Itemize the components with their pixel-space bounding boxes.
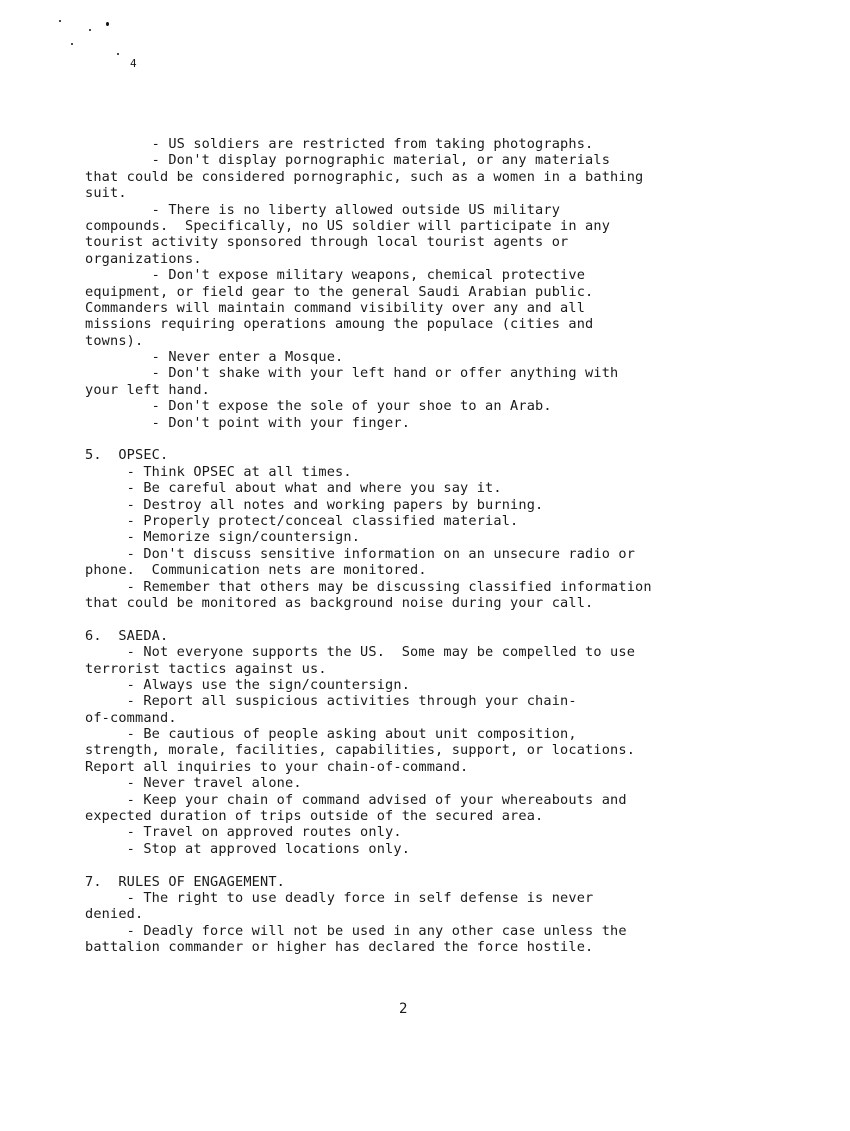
section-heading: 7. RULES OF ENGAGEMENT. <box>85 874 785 890</box>
bullet-line: your left hand. <box>85 382 785 398</box>
bullet-line: denied. <box>85 906 785 922</box>
bullet-line: - Never travel alone. <box>85 775 785 791</box>
bullet-line: - Don't expose the sole of your shoe to … <box>85 398 785 414</box>
bullet-line: missions requiring operations amoung the… <box>85 316 785 332</box>
bullet-line: compounds. Specifically, no US soldier w… <box>85 218 785 234</box>
bullet-line: - Don't discuss sensitive information on… <box>85 546 785 562</box>
bullet-line: - Destroy all notes and working papers b… <box>85 497 785 513</box>
scan-speck <box>71 43 73 45</box>
bullet-line: - Don't shake with your left hand or off… <box>85 365 785 381</box>
bullet-line: - Stop at approved locations only. <box>85 841 785 857</box>
bullet-line: tourist activity sponsored through local… <box>85 234 785 250</box>
document-body: - US soldiers are restricted from taking… <box>85 136 785 956</box>
bullet-line: - US soldiers are restricted from taking… <box>85 136 785 152</box>
bullet-line: phone. Communication nets are monitored. <box>85 562 785 578</box>
bullet-line: terrorist tactics against us. <box>85 661 785 677</box>
bullet-line: that could be monitored as background no… <box>85 595 785 611</box>
bullet-line: of-command. <box>85 710 785 726</box>
bullet-line: battalion commander or higher has declar… <box>85 939 785 955</box>
bullet-line: - Think OPSEC at all times. <box>85 464 785 480</box>
bullet-line: - Be cautious of people asking about uni… <box>85 726 785 742</box>
page-corner-mark: 4 <box>130 57 137 70</box>
paragraph-gap <box>85 611 785 627</box>
bullet-line: - Keep your chain of command advised of … <box>85 792 785 808</box>
scan-speck <box>89 29 91 31</box>
bullet-line: - The right to use deadly force in self … <box>85 890 785 906</box>
page-number: 2 <box>399 1001 407 1017</box>
bullet-line: - Be careful about what and where you sa… <box>85 480 785 496</box>
bullet-line: that could be considered pornographic, s… <box>85 169 785 185</box>
bullet-line: - Don't expose military weapons, chemica… <box>85 267 785 283</box>
bullet-line: - Always use the sign/countersign. <box>85 677 785 693</box>
bullet-line: equipment, or field gear to the general … <box>85 284 785 300</box>
paragraph-gap <box>85 431 785 447</box>
bullet-line: - Travel on approved routes only. <box>85 824 785 840</box>
bullet-line: towns). <box>85 333 785 349</box>
scan-speck <box>106 22 109 26</box>
scan-speck <box>59 20 61 22</box>
bullet-line: - Report all suspicious activities throu… <box>85 693 785 709</box>
bullet-line: - Properly protect/conceal classified ma… <box>85 513 785 529</box>
section-heading: 6. SAEDA. <box>85 628 785 644</box>
scan-speck <box>117 53 119 55</box>
bullet-line: - Remember that others may be discussing… <box>85 579 785 595</box>
bullet-line: expected duration of trips outside of th… <box>85 808 785 824</box>
bullet-line: - Never enter a Mosque. <box>85 349 785 365</box>
paragraph-gap <box>85 857 785 873</box>
bullet-line: - Not everyone supports the US. Some may… <box>85 644 785 660</box>
section-heading: 5. OPSEC. <box>85 447 785 463</box>
bullet-line: Commanders will maintain command visibil… <box>85 300 785 316</box>
bullet-line: Report all inquiries to your chain-of-co… <box>85 759 785 775</box>
bullet-line: - There is no liberty allowed outside US… <box>85 202 785 218</box>
bullet-line: suit. <box>85 185 785 201</box>
bullet-line: organizations. <box>85 251 785 267</box>
bullet-line: strength, morale, facilities, capabiliti… <box>85 742 785 758</box>
bullet-line: - Memorize sign/countersign. <box>85 529 785 545</box>
bullet-line: - Don't point with your finger. <box>85 415 785 431</box>
bullet-line: - Don't display pornographic material, o… <box>85 152 785 168</box>
bullet-line: - Deadly force will not be used in any o… <box>85 923 785 939</box>
